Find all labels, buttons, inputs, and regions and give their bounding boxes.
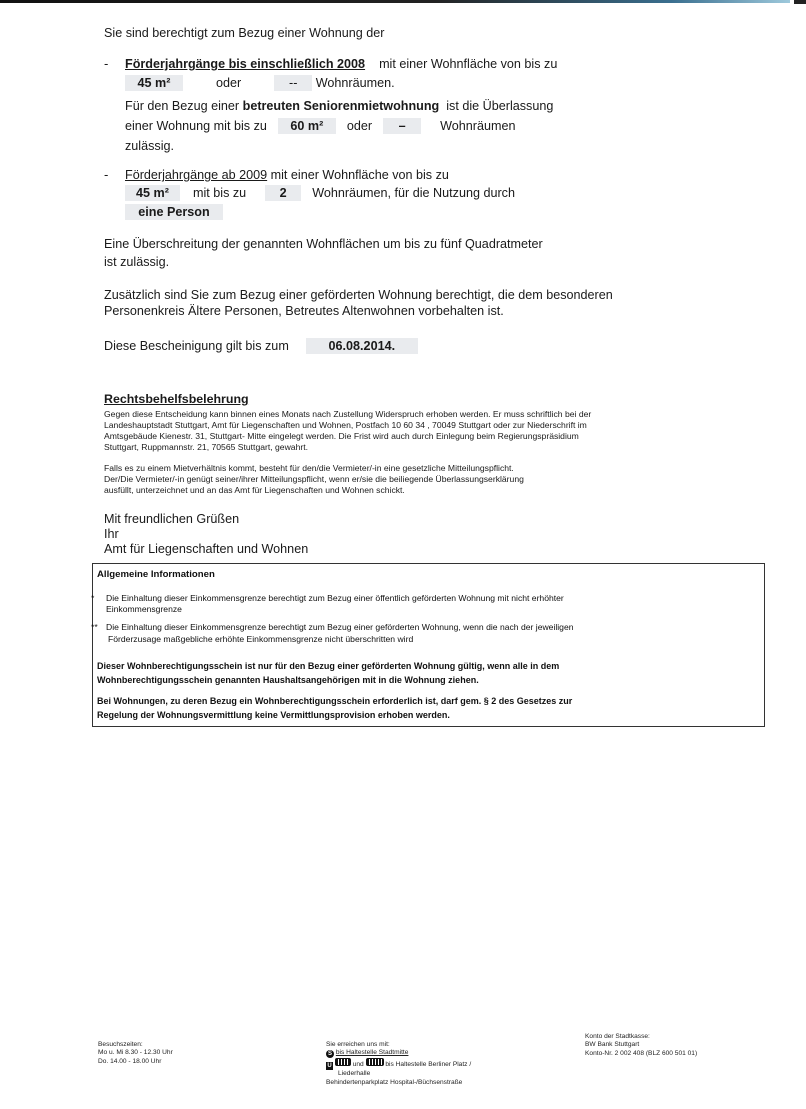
u-bahn-icon: U [326, 1062, 333, 1070]
provision-line: Regelung der Wohnungsvermittlung keine V… [97, 709, 450, 722]
section2-text: mit einer Wohnfläche von bis zu [271, 168, 449, 182]
senior-line1: Für den Bezug einer betreuten Seniorenmi… [125, 98, 553, 114]
u-bahn-line2: Liederhalle [326, 1070, 471, 1078]
bullet-dash: - [104, 56, 108, 71]
validity-label: Diese Bescheinigung gilt bis zum [104, 339, 289, 353]
legal-heading: Rechtsbehelfsbelehrung [104, 392, 249, 406]
scan-edge-top [0, 0, 790, 3]
rooms-label: Wohnräumen. [316, 76, 395, 90]
reach-title: Sie erreichen uns mit: [326, 1041, 471, 1049]
persons-field: eine Person [125, 204, 223, 220]
closing-office: Amt für Liegenschaften und Wohnen [104, 541, 308, 557]
section2-line3: eine Person [125, 204, 223, 220]
senior-line2-pre: einer Wohnung mit bis zu [125, 119, 267, 133]
hours-line: Mo u. Mi 8.30 - 12.30 Uhr [98, 1049, 173, 1057]
s-bahn-icon: S [326, 1050, 334, 1058]
closing-greeting: Mit freundlichen Grüßen [104, 511, 239, 527]
section2-heading: Förderjahrgänge ab 2009 [125, 168, 267, 182]
additional-line1: Zusätzlich sind Sie zum Bezug einer gefö… [104, 287, 613, 303]
senior-rooms-label: Wohnräumen [440, 119, 515, 133]
u-bahn-text: bis Haltestelle Berliner Platz / [385, 1061, 471, 1068]
bank-account: Konto-Nr. 2 002 408 (BLZ 600 501 01) [585, 1050, 697, 1058]
notice-line: ausfüllt, unterzeichnet und an das Amt f… [104, 485, 405, 496]
senior-or: oder [347, 119, 372, 133]
legal-line: Stuttgart, Ruppmannstr. 21, 70565 Stuttg… [104, 442, 308, 453]
validity-info-line: Wohnberechtigungsschein genannten Hausha… [97, 674, 479, 687]
note1-marker: * [91, 593, 94, 604]
exceed-line1: Eine Überschreitung der genannten Wohnfl… [104, 236, 543, 252]
senior-bold: betreuten Seniorenmietwohnung [243, 99, 440, 113]
section1-heading: Förderjahrgänge bis einschließlich 2008 [125, 57, 365, 71]
u-bahn-line: U und bis Haltestelle Berliner Platz / [326, 1058, 471, 1070]
visiting-hours: Besuchszeiten: Mo u. Mi 8.30 - 12.30 Uhr… [98, 1041, 173, 1066]
hours-title: Besuchszeiten: [98, 1041, 173, 1049]
legal-line: Amtsgebäude Kienestr. 31, Stuttgart- Mit… [104, 431, 579, 442]
parking-line: Behindertenparkplatz Hospital-/Büchsenst… [326, 1079, 471, 1087]
section2-rooms-label: Wohnräumen, für die Nutzung durch [312, 186, 515, 200]
info-title: Allgemeine Informationen [97, 569, 215, 580]
hours-line: Do. 14.00 - 18.00 Uhr [98, 1058, 173, 1066]
validity-date-field: 06.08.2014. [306, 338, 418, 354]
senior-post: ist die Überlassung [446, 99, 553, 113]
section2-line2: 45 m² mit bis zu 2 Wohnräumen, für die N… [125, 185, 515, 201]
section2-rooms-field: 2 [265, 185, 301, 201]
bank-name: BW Bank Stuttgart [585, 1041, 697, 1049]
legal-line: Gegen diese Entscheidung kann binnen ein… [104, 409, 591, 420]
closing-ihr: Ihr [104, 526, 119, 542]
legal-line: Landeshauptstadt Stuttgart, Amt für Lieg… [104, 420, 587, 431]
provision-line: Bei Wohnungen, zu deren Bezug ein Wohnbe… [97, 695, 572, 708]
section1-rooms-field: -- [274, 75, 312, 91]
section2-area-field: 45 m² [125, 185, 180, 201]
bullet-dash: - [104, 167, 108, 182]
note1-line: Die Einhaltung dieser Einkommensgrenze b… [106, 593, 564, 604]
s-bahn-line: S bis Haltestelle Stadtmitte [326, 1049, 471, 1058]
directions: Sie erreichen uns mit: S bis Haltestelle… [326, 1041, 471, 1087]
bank-title: Konto der Stadtkasse: [585, 1033, 697, 1041]
tram-icon [335, 1058, 351, 1066]
senior-pre: Für den Bezug einer [125, 99, 239, 113]
validity-info-line: Dieser Wohnberechtigungsschein ist nur f… [97, 660, 559, 673]
or-label: oder [216, 76, 241, 90]
note1-line: Einkommensgrenze [106, 604, 182, 615]
with-up-to-label: mit bis zu [193, 186, 246, 200]
note2-line: Förderzusage maßgebliche erhöhte Einkomm… [108, 634, 413, 645]
info-box: Allgemeine Informationen * Die Einhaltun… [92, 563, 765, 727]
additional-line2: Personenkreis Ältere Personen, Betreutes… [104, 303, 504, 319]
senior-line2: einer Wohnung mit bis zu 60 m² oder – Wo… [125, 118, 515, 134]
senior-rooms-field: – [383, 118, 421, 134]
senior-area-field: 60 m² [278, 118, 336, 134]
section2-line1: Förderjahrgänge ab 2009 mit einer Wohnfl… [125, 167, 449, 183]
senior-line3: zulässig. [125, 138, 174, 154]
section1-line2: 45 m² oder -- Wohnräumen. [125, 75, 395, 91]
scan-edge-corner [794, 0, 806, 4]
s-bahn-text: bis Haltestelle Stadtmitte [336, 1049, 409, 1056]
bus-icon [366, 1058, 384, 1066]
notice-line: Der/Die Vermieter/-in genügt seiner/ihre… [104, 474, 524, 485]
validity-line: Diese Bescheinigung gilt bis zum 06.08.2… [104, 338, 418, 354]
section1-text: mit einer Wohnfläche von bis zu [379, 57, 557, 71]
intro-text: Sie sind berechtigt zum Bezug einer Wohn… [104, 25, 385, 41]
and-text: und [353, 1061, 364, 1068]
section1-line1: Förderjahrgänge bis einschließlich 2008 … [125, 56, 557, 72]
exceed-line2: ist zulässig. [104, 254, 169, 270]
notice-line: Falls es zu einem Mietverhältnis kommt, … [104, 463, 514, 474]
bank-info: Konto der Stadtkasse: BW Bank Stuttgart … [585, 1033, 697, 1058]
note2-marker: ** [91, 622, 98, 633]
note2-line: Die Einhaltung dieser Einkommensgrenze b… [106, 622, 574, 633]
section1-area-field: 45 m² [125, 75, 183, 91]
